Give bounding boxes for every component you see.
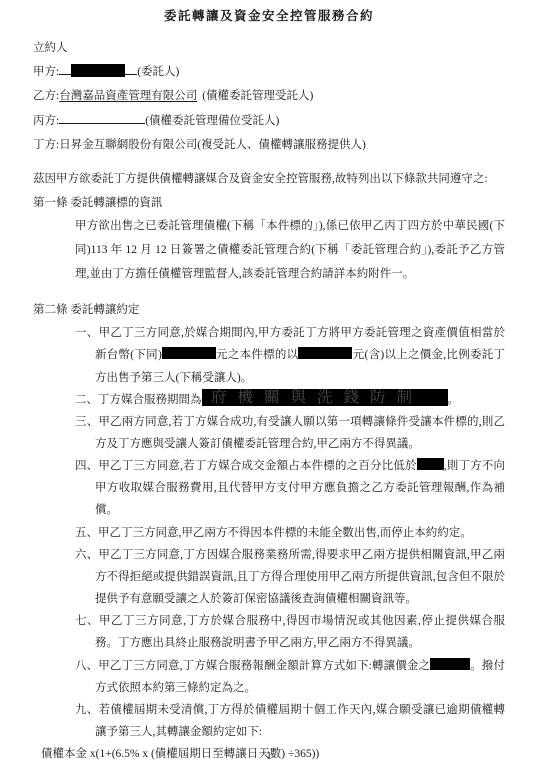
redaction-box-min-price	[298, 347, 352, 359]
party-ding-name: 日昇金互聯網股份有限公司	[59, 139, 197, 151]
item-1-marker: 一、	[75, 327, 99, 339]
party-jia-line: 甲方:(委託人)	[33, 60, 505, 84]
item-8: 八、甲乙丁三方同意,丁方媒合服務報酬金額計算方式如下:轉讓價金之。撥付方式依照本…	[75, 655, 505, 699]
item-8-text: 甲乙丁三方同意,丁方媒合服務報酬金額計算方式如下:轉讓價金之	[98, 660, 430, 672]
party-yi-label: 乙方:	[33, 90, 59, 102]
article1-heading: 第一條 委託轉讓標的資訊	[33, 192, 505, 216]
item-9-text: 若債權屆期未受清償,丁方得於債權屆期十個工作天內,媒合願受讓已逾期債權轉讓予第三…	[95, 704, 505, 738]
party-bing-blank-underline	[59, 109, 145, 124]
page-title: 委託轉讓及資金安全控管服務合約	[33, 8, 505, 24]
item-9: 九、若債權屆期未受清償,丁方得於債權屆期十個工作天內,媒合願受讓已逾期債權轉讓予…	[75, 699, 505, 743]
contract-page: 委託轉讓及資金安全控管服務合約 立約人 甲方:(委託人) 乙方:台灣嘉品資產管理…	[0, 0, 538, 775]
item-2: 二、丁方媒合服務期間為政府機關與洗錢防制。	[75, 389, 505, 411]
article1-body: 甲方欲出售之已委託管理債權(下稱「本件標的」),係已依甲乙丙丁四方於中華民國(下…	[75, 215, 505, 286]
redaction-box-jia-name	[71, 64, 125, 77]
article2-items: 一、甲乙丁三方同意,於媒合期間內,甲方委託丁方將甲方委託管理之資產價值相當於新台…	[33, 322, 505, 765]
party-bing-label: 丙方:	[33, 115, 59, 127]
parties-heading: 立約人	[33, 36, 505, 60]
party-bing-role: (債權委託管理備位受託人)	[145, 115, 279, 127]
party-jia-role: (委託人)	[137, 66, 179, 78]
item-6-marker: 六、	[75, 549, 98, 561]
item-9-marker: 九、	[75, 704, 99, 716]
item-3-text: 甲乙兩方同意,若丁方媒合成功,有受讓人願以第一項轉讓條件受讓本件標的,則乙方及丁…	[95, 416, 505, 450]
item-6-text: 甲乙丁三方同意,丁方因媒合服務業務所需,得要求甲乙兩方提供相關資訊,甲乙兩方不得…	[95, 549, 505, 605]
party-yi-line: 乙方:台灣嘉品資產管理有限公司(債權委託管理受託人)	[33, 84, 505, 108]
preamble: 茲因甲方欲委託丁方提供債權轉讓媒合及資金安全控管服務,故特列出以下條款共同遵守之…	[33, 168, 505, 192]
redaction-box-asset-value	[162, 347, 216, 359]
item-8-marker: 八、	[75, 660, 98, 672]
item-7-text: 甲乙丁三方同意,丁方於媒合服務中,得因市場情況或其他因素,停止提供媒合服務。丁方…	[95, 615, 505, 649]
item-2-text: 。	[448, 394, 460, 406]
parties-block: 立約人 甲方:(委託人) 乙方:台灣嘉品資產管理有限公司(債權委託管理受託人) …	[33, 36, 505, 157]
party-yi-name: 台灣嘉品資產管理有限公司	[59, 90, 202, 102]
item-1-text: 元之本件標的以	[216, 349, 299, 361]
item-7: 七、甲乙丁三方同意,丁方於媒合服務中,得因市場情況或其他因素,停止提供媒合服務。…	[75, 610, 505, 654]
redaction-box-service-period: 政府機關與洗錢防制	[202, 389, 448, 406]
article2-heading: 第二條 委託轉讓約定	[33, 299, 505, 323]
redaction-box-percentage	[417, 458, 444, 470]
party-jia-label: 甲方:	[33, 66, 59, 78]
item-4-text: 甲乙丁三方同意,若丁方媒合成交金額占本件標的之百分比低於	[98, 460, 416, 472]
party-jia-blank-underline	[59, 60, 137, 75]
party-ding-role: (複受託人、債權轉讓服務提供人)	[197, 139, 366, 151]
item-2-text: 丁方媒合服務期間為	[98, 394, 202, 406]
item-7-marker: 七、	[75, 615, 99, 627]
item-4-marker: 四、	[75, 460, 98, 472]
item-4: 四、甲乙丁三方同意,若丁方媒合成交金額占本件標的之百分比低於,則丁方不向甲方收取…	[75, 455, 505, 521]
party-bing-line: 丙方:(債權委託管理備位受託人)	[33, 109, 505, 133]
item-5: 五、甲乙丁三方同意,甲乙兩方不得因本件標的未能全數出售,而停止本約約定。	[75, 522, 505, 544]
item-1: 一、甲乙丁三方同意,於媒合期間內,甲方委託丁方將甲方委託管理之資產價值相當於新台…	[75, 322, 505, 388]
party-ding-label: 丁方:	[33, 139, 59, 151]
item-6: 六、甲乙丁三方同意,丁方因媒合服務業務所需,得要求甲乙兩方提供相關資訊,甲乙兩方…	[75, 544, 505, 610]
party-yi-role: (債權委託管理受託人)	[202, 90, 313, 102]
page-number: 1	[0, 751, 538, 762]
item-5-marker: 五、	[75, 527, 98, 539]
item-3-marker: 三、	[75, 416, 98, 428]
item-2-marker: 二、	[75, 394, 98, 406]
item-5-text: 甲乙丁三方同意,甲乙兩方不得因本件標的未能全數出售,而停止本約約定。	[98, 527, 472, 539]
party-ding-line: 丁方:日昇金互聯網股份有限公司(複受託人、債權轉讓服務提供人)	[33, 133, 505, 157]
item-3: 三、甲乙兩方同意,若丁方媒合成功,有受讓人願以第一項轉讓條件受讓本件標的,則乙方…	[75, 411, 505, 455]
redaction-box-commission	[430, 658, 470, 670]
